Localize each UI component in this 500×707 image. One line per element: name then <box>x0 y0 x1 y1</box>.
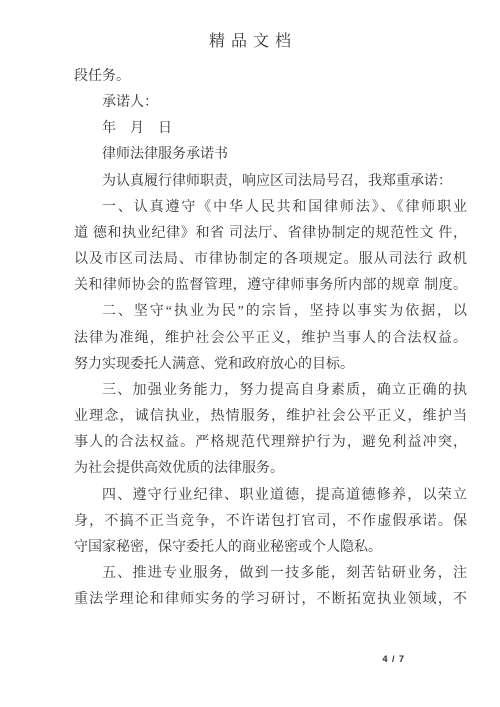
text-line: 守国家秘密，保守委托人的商业秘密或个人隐私。 <box>74 535 467 561</box>
text-line: 身，不搞不正当竞争，不许诺包打官司，不作虚假承诺。保 <box>74 509 467 535</box>
text-line: 四、遵守行业纪律、职业道德，提高道德修养，以荣立 <box>74 483 467 509</box>
text-line: 一、认真遵守《中华人民共和国律师法》、《律师职业 <box>74 195 467 221</box>
page-header-title: 精品文档 <box>0 0 500 53</box>
text-line: 努力实现委托人满意、党和政府放心的目标。 <box>74 352 467 378</box>
text-line: 重法学理论和律师实务的学习研讨，不断拓宽执业领域，不 <box>74 587 467 613</box>
text-line: 承诺人： <box>74 90 467 116</box>
document-body: 段任务。 承诺人： 年 月 日 律师法律服务承诺书 为认真履行律师职责，响应区司… <box>74 64 467 613</box>
text-line: 业理念，诚信执业，热情服务，维护社会公平正义，维护当 <box>74 404 467 430</box>
text-line: 二、坚守“执业为民”的宗旨，坚持以事实为依据，以 <box>74 299 467 325</box>
text-line: 为认真履行律师职责，响应区司法局号召，我郑重承诺： <box>74 169 467 195</box>
text-line: 段任务。 <box>74 64 467 90</box>
text-line: 为社会提供高效优质的法律服务。 <box>74 456 467 482</box>
text-line: 以及市区司法局、市律协制定的各项规定。服从司法行 政机 <box>74 247 467 273</box>
text-line: 年 月 日 <box>74 116 467 142</box>
document-page: 精品文档 段任务。 承诺人： 年 月 日 律师法律服务承诺书 为认真履行律师职责… <box>0 0 500 707</box>
text-line: 道 德和执业纪律》和省 司法厅、省律协制定的规范性文 件， <box>74 221 467 247</box>
text-line: 关和律师协会的监督管理，遵守律师事务所内部的规章 制度。 <box>74 273 467 299</box>
page-number: 4 / 7 <box>382 654 405 664</box>
text-line: 法律为准绳，维护社会公平正义，维护当事人的合法权益。 <box>74 326 467 352</box>
text-line: 三、加强业务能力，努力提高自身素质，确立正确的执 <box>74 378 467 404</box>
text-line: 事人的合法权益。严格规范代理辩护行为，避免利益冲突， <box>74 430 467 456</box>
text-line: 五、推进专业服务，做到一技多能，刻苦钻研业务，注 <box>74 561 467 587</box>
text-line: 律师法律服务承诺书 <box>74 142 467 168</box>
